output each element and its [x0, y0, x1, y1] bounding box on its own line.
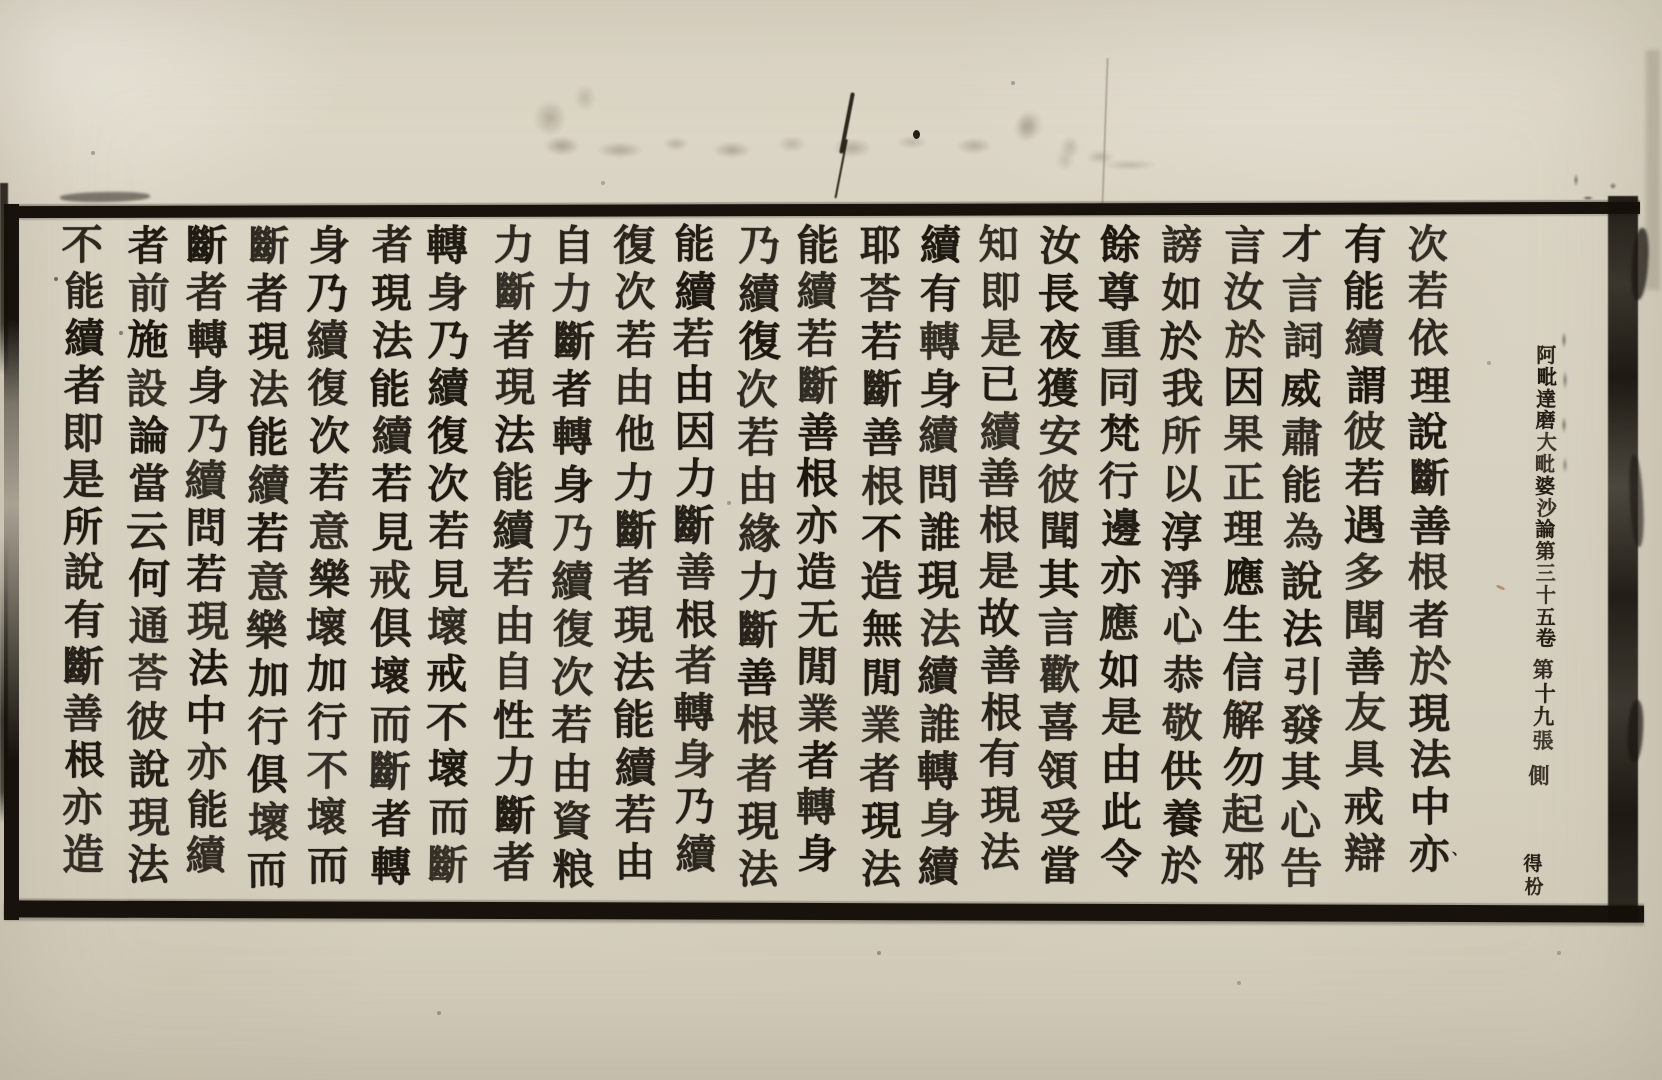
glyph: 通 — [118, 603, 180, 651]
glyph: 續 — [907, 652, 970, 701]
text-column: 續有轉身續問誰現法續誰轉身續 — [908, 222, 970, 892]
glyph: 何 — [118, 555, 181, 603]
glyph: 安 — [1028, 413, 1091, 461]
glyph: 若 — [361, 461, 424, 510]
glyph: 續 — [53, 316, 115, 363]
glyph: 友 — [1334, 690, 1396, 737]
glyph: 法 — [727, 845, 789, 893]
glyph: 敬 — [1151, 700, 1213, 748]
glyph: 者 — [236, 270, 298, 319]
glyph: 若 — [418, 508, 480, 556]
aged-paper-background: 次若依理說斷善根者於現法中亦有能續謂彼若遇多聞善友具戒辯才言詞威肅能為說法引發其… — [0, 0, 1662, 1080]
glyph: 壞 — [296, 794, 358, 842]
glyph: 不 — [51, 222, 113, 269]
glyph: 養 — [1151, 795, 1213, 843]
glyph: 獲 — [1026, 365, 1089, 413]
glyph: 壞 — [238, 798, 300, 847]
glyph: 若 — [1333, 456, 1395, 503]
glyph: 若 — [298, 460, 360, 508]
glyph: 受 — [1029, 795, 1091, 843]
glyph: 身 — [786, 832, 848, 879]
glyph: 說 — [1271, 557, 1333, 605]
text-column: 汝長夜獲安彼聞其言歡喜領受當 — [1028, 222, 1090, 890]
glyph: 斷 — [662, 503, 724, 550]
title-column-text: 阿毗達磨大毗婆沙論第三十五卷 — [1524, 345, 1568, 650]
glyph: 斷 — [1399, 456, 1461, 504]
glyph: 而 — [359, 700, 421, 748]
glyph: 閒 — [850, 654, 912, 702]
glyph: 法 — [1400, 737, 1462, 784]
glyph: 次 — [604, 269, 666, 317]
glyph: 歡 — [1028, 652, 1090, 700]
glyph: 善 — [786, 409, 848, 456]
glyph: 中 — [174, 692, 236, 740]
glyph: 力 — [541, 270, 603, 318]
glyph: 中 — [1399, 784, 1461, 831]
glyph: 十 — [1524, 585, 1568, 607]
glyph: 壞 — [417, 746, 480, 794]
glyph: 彼 — [116, 698, 178, 746]
glyph: 亦 — [1089, 552, 1151, 600]
glyph: 而 — [297, 842, 359, 890]
glyph: 所 — [1150, 413, 1213, 462]
text-block: 次若依理說斷善根者於現法中亦有能續謂彼若遇多聞善友具戒辯才言詞威肅能為說法引發其… — [0, 0, 1662, 1080]
glyph: 我 — [1151, 365, 1213, 413]
glyph: 夜 — [1029, 317, 1091, 365]
glyph: 現 — [118, 794, 180, 842]
glyph: 善 — [1400, 503, 1462, 550]
glyph: 行 — [237, 702, 299, 751]
glyph: 由 — [540, 749, 603, 798]
glyph: 引 — [1272, 653, 1334, 701]
glyph: 若 — [786, 316, 848, 363]
glyph: 言 — [1213, 222, 1276, 270]
glyph: 張 — [1521, 729, 1565, 753]
glyph: 者 — [175, 269, 237, 317]
glyph: 轉 — [907, 748, 969, 796]
glyph: 根 — [53, 738, 116, 786]
glyph: 法 — [968, 830, 1031, 878]
glyph: 次 — [541, 653, 604, 702]
glyph: 戒 — [359, 557, 421, 606]
text-column: 謗如於我所以淳淨心恭敬供養於 — [1151, 222, 1213, 891]
glyph: 加 — [238, 655, 300, 703]
glyph: 汝 — [1212, 269, 1274, 317]
glyph: 善 — [1334, 643, 1396, 690]
glyph: 无 — [786, 597, 848, 644]
glyph: 閒 — [785, 644, 847, 691]
glyph: 同 — [1087, 363, 1149, 411]
glyph: 他 — [604, 412, 666, 460]
glyph: 續 — [417, 365, 480, 413]
glyph: 資 — [540, 797, 602, 846]
glyph: 以 — [1150, 461, 1212, 509]
glyph: 為 — [1272, 509, 1334, 558]
glyph: 乃 — [542, 510, 604, 558]
glyph: 婆 — [1523, 476, 1567, 498]
glyph: 淳 — [1150, 509, 1212, 557]
glyph: 戒 — [1332, 784, 1394, 831]
glyph: 有 — [53, 597, 115, 644]
glyph: 由 — [1090, 741, 1152, 788]
text-column: 次若依理說斷善根者於現法中亦 — [1398, 222, 1460, 878]
glyph: 善 — [726, 653, 789, 702]
glyph: 不 — [296, 747, 358, 795]
glyph: 者 — [361, 222, 423, 270]
glyph: 若 — [605, 317, 668, 365]
glyph: 於 — [1400, 643, 1462, 690]
glyph: 施 — [116, 317, 179, 365]
glyph: 業 — [849, 702, 911, 750]
glyph: 轉 — [662, 690, 724, 737]
glyph: 能 — [237, 414, 299, 462]
glyph: 無 — [851, 606, 913, 654]
glyph: 不 — [416, 698, 478, 746]
glyph: 續 — [968, 409, 1031, 456]
text-column: 斷者轉身乃續問若現法中亦能續 — [176, 222, 238, 880]
glyph: 斷 — [484, 269, 546, 317]
glyph: 沙 — [1525, 498, 1569, 520]
glyph: 邊 — [1090, 505, 1152, 553]
glyph: 乃 — [296, 269, 358, 317]
glyph: 力 — [484, 744, 546, 792]
glyph: 續 — [910, 222, 972, 270]
glyph: 亦 — [176, 739, 238, 786]
glyph: 具 — [1333, 737, 1395, 784]
glyph: 斷 — [238, 222, 300, 270]
glyph: 法 — [1272, 605, 1334, 653]
glyph: 領 — [1026, 747, 1089, 796]
glyph: 得 — [1511, 853, 1555, 876]
glyph: 次 — [726, 366, 788, 414]
glyph: 造 — [850, 558, 913, 607]
glyph: 即 — [51, 410, 113, 457]
glyph: 粮 — [542, 845, 604, 893]
glyph: 言 — [1027, 604, 1090, 652]
glyph: 三 — [1524, 563, 1568, 585]
text-column: 言汝於因果正理應生信解勿起邪 — [1213, 222, 1275, 886]
glyph: 聞 — [1028, 508, 1090, 556]
glyph: 身 — [177, 363, 239, 411]
glyph: 續 — [541, 557, 604, 606]
glyph: 勿 — [1212, 744, 1275, 792]
glyph: 戒 — [416, 651, 478, 699]
glyph: 尊 — [1087, 269, 1150, 317]
glyph: 力 — [728, 558, 790, 606]
glyph: 斷 — [543, 318, 605, 367]
text-column: 能續若由因力斷善根者轉身乃續 — [664, 222, 726, 878]
glyph: 能 — [786, 222, 849, 270]
glyph: 續 — [728, 270, 790, 319]
glyph: 詞 — [1273, 318, 1335, 366]
glyph: 轉 — [541, 414, 603, 462]
reading-mark: 、 — [1452, 838, 1467, 859]
glyph: 於 — [1150, 843, 1212, 891]
glyph: 若 — [540, 701, 603, 750]
glyph: 五 — [1524, 607, 1568, 629]
glyph: 續 — [174, 833, 236, 880]
glyph: 壞 — [417, 603, 479, 651]
glyph: 若 — [850, 318, 912, 366]
glyph: 善 — [851, 414, 914, 463]
glyph: 法 — [361, 318, 423, 366]
glyph: 側 — [1517, 763, 1561, 788]
text-column: 能續若斷善根亦造无閒業者轉身 — [786, 222, 848, 878]
glyph: 自 — [482, 649, 544, 697]
glyph: 緣 — [728, 510, 790, 558]
glyph: 續 — [361, 413, 423, 461]
glyph: 生 — [1211, 602, 1273, 650]
glyph: 現 — [360, 270, 422, 318]
glyph: 見 — [418, 556, 480, 604]
glyph: 樂 — [236, 606, 298, 654]
glyph: 現 — [237, 318, 299, 366]
glyph: 法 — [484, 412, 547, 460]
glyph: 轉 — [785, 785, 847, 832]
glyph: 能 — [176, 786, 238, 833]
glyph: 俱 — [236, 750, 298, 799]
glyph: 根 — [968, 502, 1031, 550]
glyph: 心 — [1151, 604, 1213, 652]
glyph: 其 — [1028, 556, 1090, 604]
glyph: 令 — [1090, 836, 1152, 883]
glyph: 現 — [177, 598, 239, 645]
glyph: 如 — [1150, 270, 1212, 318]
glyph: 其 — [1270, 749, 1332, 797]
glyph: 續 — [664, 268, 727, 316]
glyph: 當 — [1028, 842, 1091, 890]
glyph: 若 — [1397, 269, 1459, 316]
glyph: 十 — [1523, 682, 1567, 706]
glyph: 若 — [604, 791, 666, 839]
glyph: 法 — [602, 649, 664, 697]
glyph: 加 — [296, 651, 358, 699]
glyph: 現 — [1398, 690, 1460, 737]
glyph: 者 — [848, 750, 910, 799]
glyph: 遇 — [1333, 503, 1395, 550]
glyph: 自 — [542, 222, 604, 270]
glyph: 者 — [787, 738, 849, 785]
glyph: 者 — [53, 363, 115, 410]
glyph: 由 — [662, 362, 724, 409]
glyph: 善 — [967, 456, 1029, 503]
text-column: 者現法能續若見戒俱壞而斷者轉 — [360, 222, 422, 892]
glyph: 復 — [296, 365, 358, 413]
glyph: 發 — [1271, 701, 1334, 750]
glyph: 論 — [1523, 519, 1567, 541]
glyph: 根 — [851, 462, 913, 510]
glyph: 毗 — [1523, 454, 1567, 476]
glyph: 磨 — [1524, 410, 1568, 432]
glyph: 第 — [1524, 541, 1568, 563]
glyph: 依 — [1397, 315, 1460, 363]
glyph: 斷 — [358, 748, 421, 797]
glyph: 應 — [1212, 554, 1274, 602]
glyph: 梵 — [1088, 411, 1150, 459]
glyph: 彼 — [1333, 409, 1396, 457]
glyph: 現 — [484, 364, 547, 412]
glyph: 身 — [909, 796, 971, 844]
glyph: 亦 — [785, 503, 847, 551]
glyph: 云 — [116, 508, 178, 556]
glyph: 現 — [602, 601, 664, 649]
glyph: 有 — [1334, 222, 1396, 269]
glyph: 亦 — [51, 785, 113, 832]
glyph: 斷 — [786, 362, 848, 409]
glyph: 轉 — [416, 222, 478, 270]
glyph: 次 — [417, 460, 479, 508]
glyph: 耶 — [849, 222, 911, 270]
glyph: 威 — [1270, 365, 1333, 414]
glyph: 由 — [602, 364, 665, 412]
glyph: 而 — [418, 794, 480, 842]
text-column: 自力斷者轉身乃續復次若由資粮 — [542, 222, 604, 894]
glyph: 毗 — [1525, 367, 1569, 389]
text-column: 復次若由他力斷者現法能續若由 — [604, 222, 666, 886]
glyph: 說 — [118, 746, 180, 794]
glyph: 信 — [1211, 649, 1273, 697]
glyph: 應 — [1088, 600, 1150, 647]
text-column: 餘尊重同梵行邊亦應如是由此令 — [1089, 222, 1151, 883]
glyph: 續 — [482, 507, 545, 555]
glyph: 力 — [483, 222, 546, 270]
glyph: 造 — [52, 832, 114, 879]
glyph: 能 — [1332, 269, 1394, 316]
glyph: 者 — [602, 554, 664, 602]
glyph: 知 — [967, 222, 1030, 269]
glyph: 卷 — [1524, 628, 1568, 650]
glyph: 乃 — [728, 222, 790, 270]
glyph: 次 — [298, 412, 361, 460]
glyph: 行 — [1087, 458, 1149, 506]
glyph: 起 — [1211, 791, 1273, 839]
glyph: 若 — [483, 554, 545, 602]
glyph: 現 — [908, 557, 971, 606]
glyph: 當 — [118, 460, 180, 508]
text-column: 知即是已續善根是故善根有現法 — [969, 222, 1031, 877]
glyph: 善 — [52, 691, 114, 738]
glyph: 復 — [541, 605, 604, 654]
glyph: 者 — [360, 796, 422, 844]
glyph: 樂 — [298, 556, 360, 604]
glyph: 阿 — [1524, 345, 1568, 367]
glyph: 問 — [907, 461, 970, 510]
glyph: 斷 — [52, 644, 114, 691]
glyph: 荅 — [117, 651, 179, 699]
glyph: 不 — [850, 510, 912, 558]
glyph: 轉 — [360, 844, 422, 892]
glyph: 善 — [664, 550, 726, 597]
glyph: 解 — [1211, 696, 1273, 744]
glyph: 此 — [1090, 788, 1152, 836]
text-column: 才言詞威肅能為說法引發其心告 — [1271, 222, 1333, 893]
glyph: 若 — [175, 551, 237, 598]
glyph: 即 — [969, 269, 1031, 316]
engraver-mark-text: 得枌 — [1512, 853, 1556, 899]
glyph: 汝 — [1029, 222, 1092, 271]
glyph: 斷 — [417, 841, 480, 889]
glyph: 由 — [726, 462, 788, 511]
glyph: 九 — [1522, 705, 1566, 729]
glyph: 荅 — [849, 270, 911, 318]
glyph: 理 — [1212, 506, 1274, 554]
glyph: 恭 — [1152, 652, 1215, 701]
glyph: 因 — [664, 409, 726, 456]
glyph: 有 — [968, 736, 1030, 783]
glyph: 意 — [237, 558, 299, 606]
glyph: 法 — [117, 841, 179, 889]
side-marker-text: 側 — [1518, 763, 1562, 788]
glyph: 轉 — [909, 318, 971, 366]
glyph: 能 — [482, 459, 545, 507]
glyph: 才 — [1271, 222, 1333, 270]
text-column: 不能續者即是所說有斷善根亦造 — [52, 222, 114, 879]
glyph: 轉 — [176, 316, 239, 364]
glyph: 行 — [296, 699, 359, 747]
glyph: 供 — [1150, 747, 1212, 795]
glyph: 現 — [727, 798, 789, 846]
glyph: 續 — [296, 317, 358, 365]
glyph: 淨 — [1150, 556, 1212, 604]
glyph: 者 — [541, 366, 603, 415]
glyph: 續 — [908, 844, 971, 893]
glyph: 誰 — [909, 509, 971, 557]
glyph: 性 — [483, 697, 545, 745]
glyph: 根 — [970, 689, 1032, 736]
glyph: 乃 — [176, 410, 238, 457]
glyph: 說 — [1397, 409, 1459, 456]
text-column: 者前施設論當云何通荅彼說現法 — [117, 222, 179, 889]
text-column: 耶荅若斷善根不造無閒業者現法 — [850, 222, 912, 894]
glyph: 前 — [118, 270, 180, 318]
glyph: 復 — [728, 318, 790, 367]
glyph: 能 — [1271, 462, 1333, 510]
glyph: 者 — [117, 222, 179, 270]
glyph: 斷 — [850, 366, 913, 415]
glyph: 彼 — [1027, 461, 1089, 509]
glyph: 辯 — [1333, 831, 1396, 879]
glyph: 續 — [664, 831, 726, 878]
glyph: 根 — [665, 596, 728, 644]
text-column: 有能續謂彼若遇多聞善友具戒辯 — [1334, 222, 1396, 878]
glyph: 喜 — [1027, 699, 1089, 747]
glyph: 法 — [909, 605, 971, 653]
glyph: 枌 — [1512, 876, 1556, 899]
glyph: 所 — [52, 503, 114, 550]
glyph: 理 — [1400, 362, 1462, 409]
glyph: 者 — [483, 839, 545, 887]
glyph: 斷 — [726, 605, 788, 654]
glyph: 正 — [1212, 459, 1274, 507]
glyph: 謂 — [1335, 362, 1397, 409]
glyph: 餘 — [1089, 222, 1151, 270]
glyph: 論 — [117, 412, 179, 460]
glyph: 設 — [116, 365, 178, 413]
glyph: 者 — [664, 643, 727, 691]
glyph: 大 — [1525, 432, 1569, 454]
glyph: 續 — [785, 269, 848, 317]
glyph: 達 — [1524, 389, 1568, 411]
glyph: 力 — [603, 459, 666, 507]
glyph: 是 — [967, 549, 1030, 596]
glyph: 有 — [910, 270, 972, 318]
glyph: 因 — [1212, 364, 1274, 411]
glyph: 若 — [727, 414, 789, 462]
glyph: 誰 — [909, 700, 972, 749]
glyph: 能 — [359, 366, 421, 414]
glyph: 斷 — [604, 506, 667, 554]
glyph: 第 — [1521, 658, 1565, 682]
